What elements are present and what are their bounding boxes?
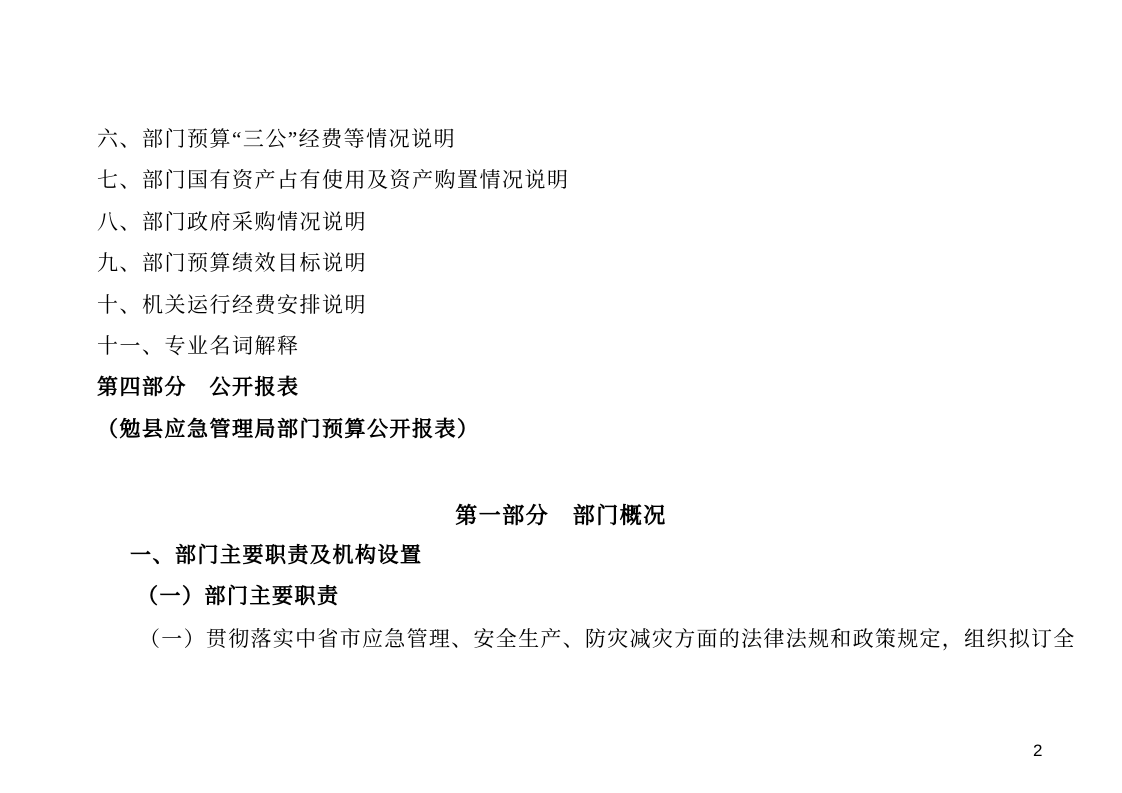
subsection-heading: （一）部门主要职责	[137, 586, 340, 607]
toc-item: 九、部门预算绩效目标说明	[97, 243, 570, 284]
part1-heading: 第一部分 部门概况	[0, 505, 1122, 527]
toc-item: 七、部门国有资产占有使用及资产购置情况说明	[97, 160, 570, 201]
toc-item: 十一、专业名词解释	[97, 326, 570, 367]
toc-block: 六、部门预算“三公”经费等情况说明 七、部门国有资产占有使用及资产购置情况说明 …	[97, 119, 570, 450]
part4-title: 第四部分 公开报表	[97, 367, 570, 408]
part4-subtitle: （勉县应急管理局部门预算公开报表）	[97, 409, 570, 450]
toc-item: 八、部门政府采购情况说明	[97, 202, 570, 243]
section-heading: 一、部门主要职责及机构设置	[130, 545, 423, 566]
document-page: 六、部门预算“三公”经费等情况说明 七、部门国有资产占有使用及资产购置情况说明 …	[0, 0, 1122, 793]
toc-item: 六、部门预算“三公”经费等情况说明	[97, 119, 570, 160]
page-number: 2	[1033, 742, 1042, 759]
body-text: （一）贯彻落实中省市应急管理、安全生产、防灾减灾方面的法律法规和政策规定，组织拟…	[139, 629, 1076, 650]
toc-item: 十、机关运行经费安排说明	[97, 285, 570, 326]
